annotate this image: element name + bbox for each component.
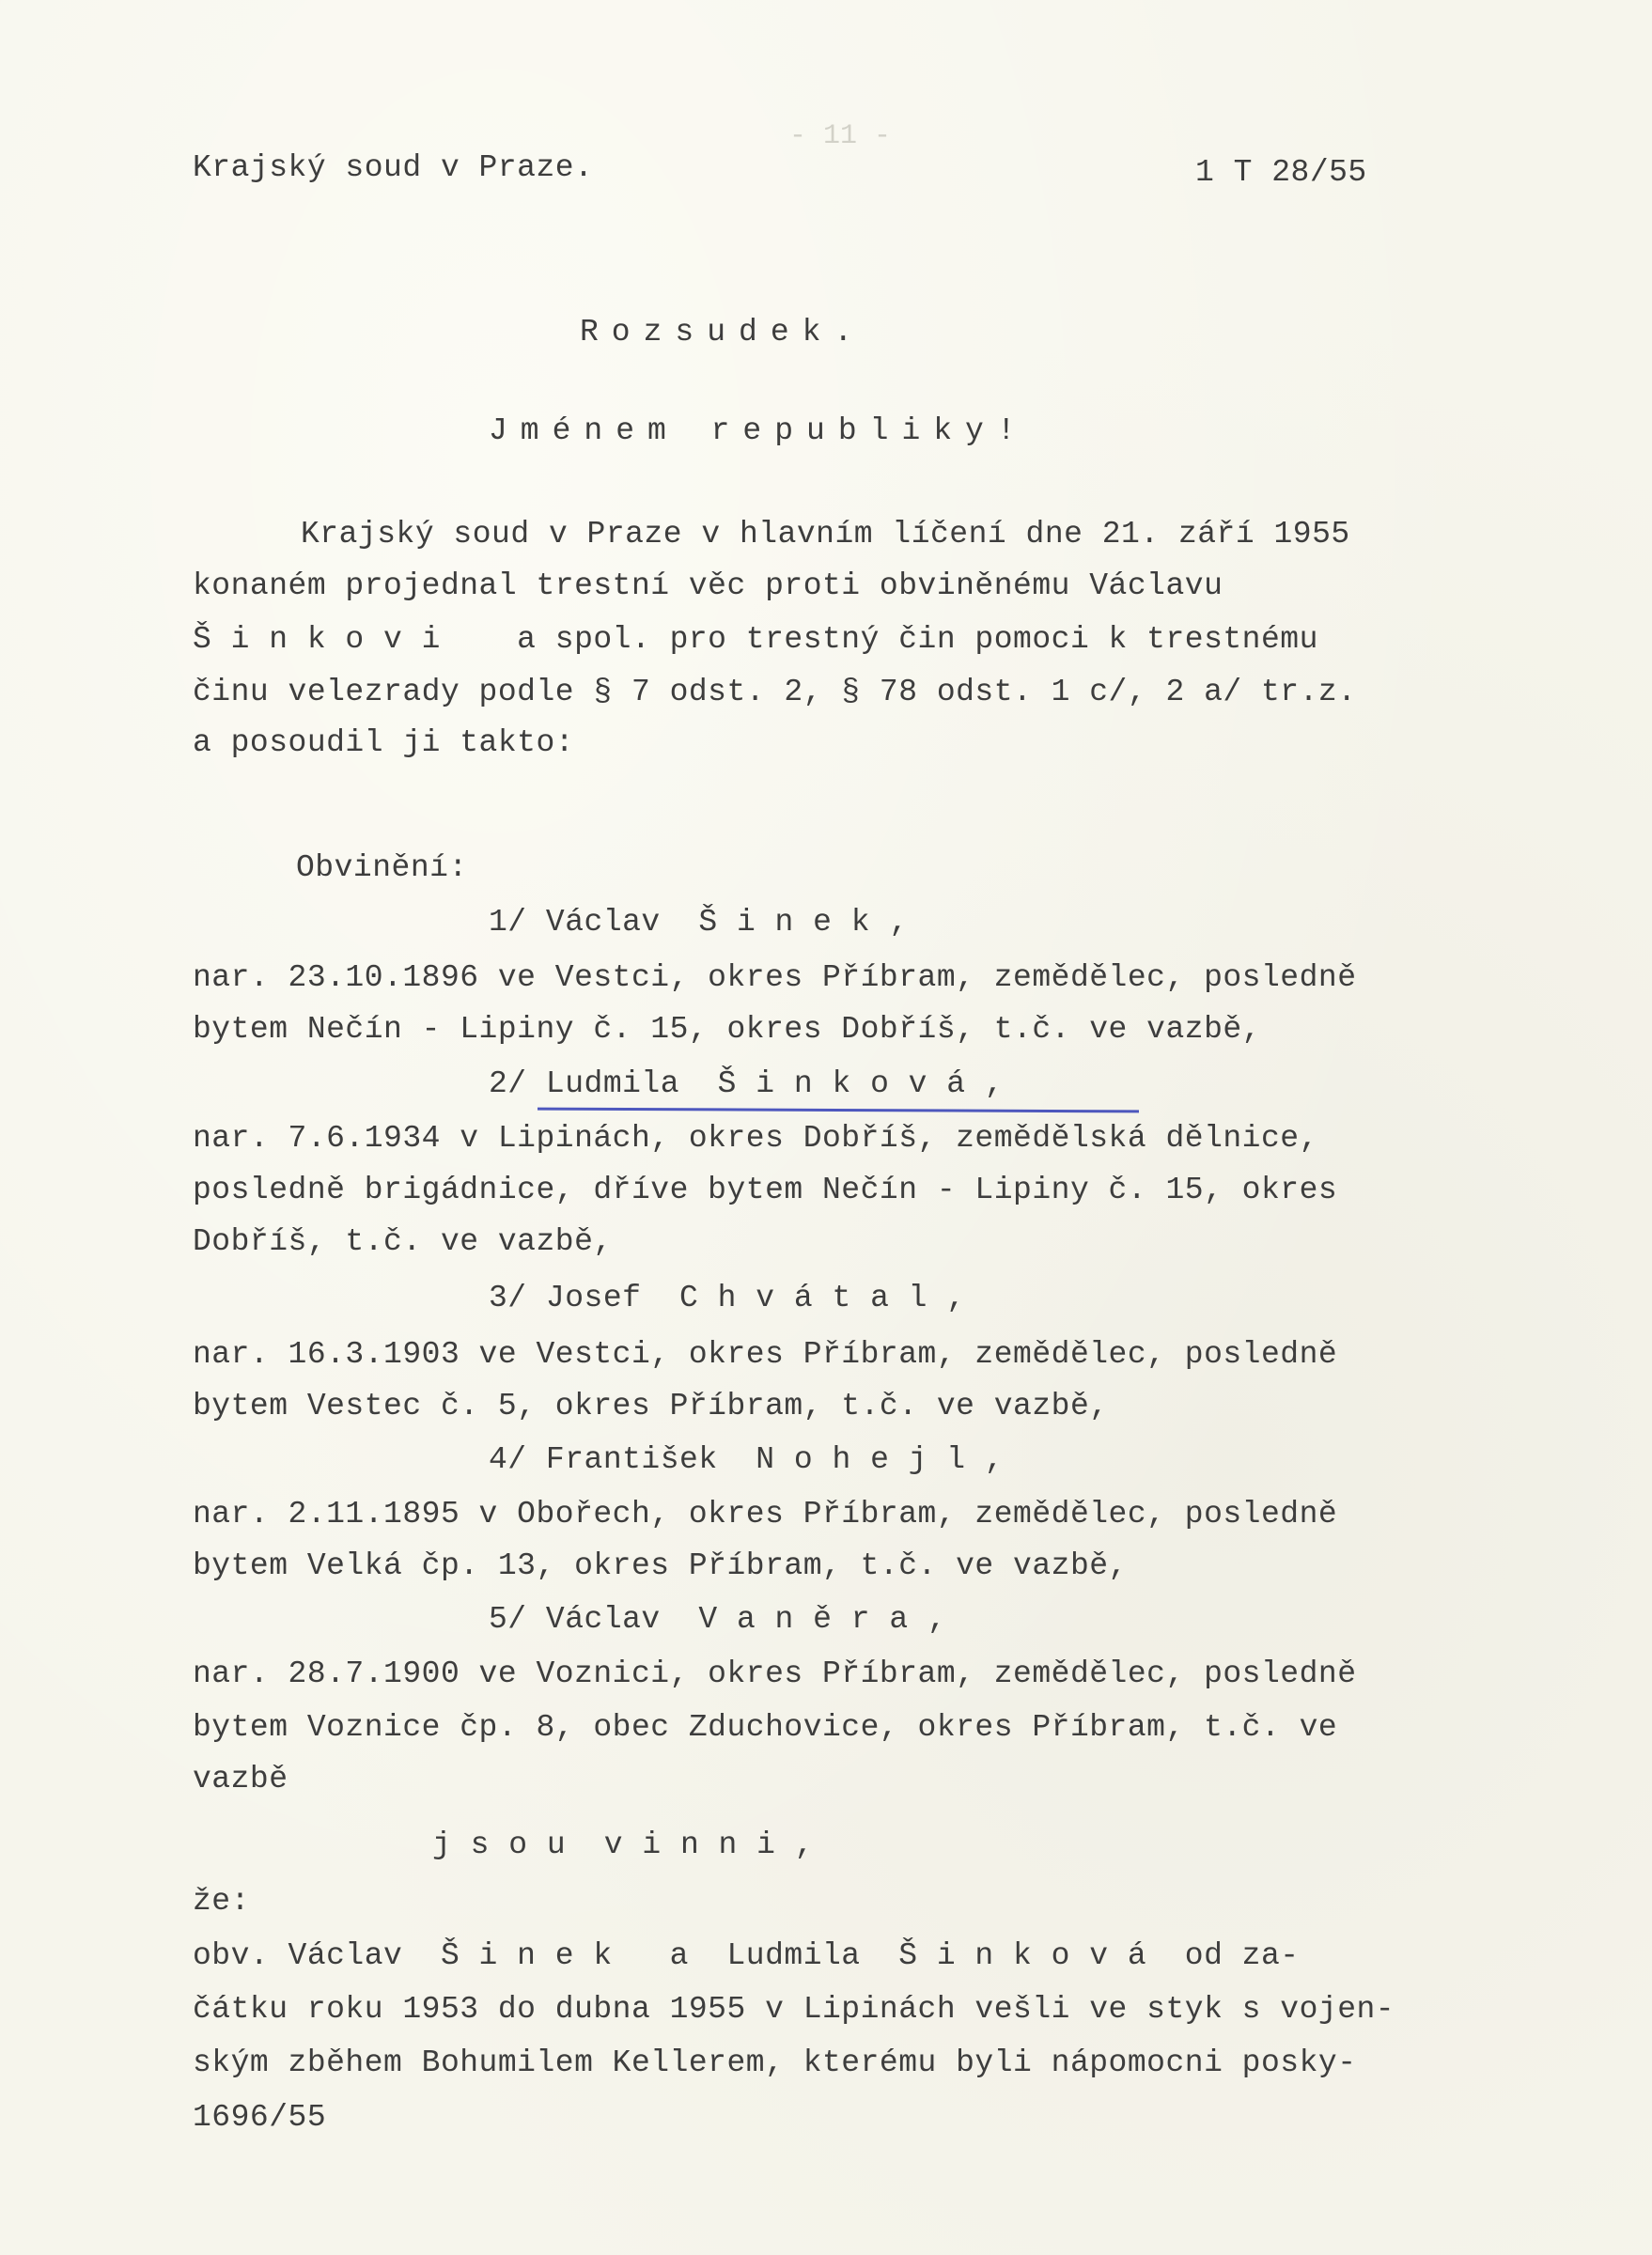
court-name: Krajský soud v Praze. [193, 150, 593, 185]
document-title: Rozsudek. [580, 315, 865, 350]
accused-1-detail-1: nar. 23.10.1896 ve Vestci, okres Příbram… [193, 960, 1357, 995]
footer-reference-number: 1696/55 [193, 2100, 326, 2135]
accused-4-detail-1: nar. 2.11.1895 v Obořech, okres Příbram,… [193, 1497, 1337, 1532]
accused-3-name: 3/ Josef C h v á t a l , [489, 1281, 966, 1315]
intro-line-5: a posoudil ji takto: [193, 725, 574, 760]
accused-5-detail-3: vazbě [193, 1762, 288, 1796]
accused-5-name: 5/ Václav V a n ě r a , [489, 1602, 946, 1637]
intro-line-4: činu velezrady podle § 7 odst. 2, § 78 o… [193, 675, 1357, 709]
intro-line-1: Krajský soud v Praze v hlavním líčení dn… [301, 517, 1350, 552]
accused-1-name: 1/ Václav Š i n e k , [489, 905, 909, 940]
document-subtitle: Jménem republiky! [489, 413, 1029, 448]
accused-5-detail-2: bytem Voznice čp. 8, obec Zduchovice, ok… [193, 1710, 1337, 1745]
verdict-line-3: ským zběhem Bohumilem Kellerem, kterému … [193, 2045, 1357, 2080]
accused-2-detail-3: Dobříš, t.č. ve vazbě, [193, 1224, 613, 1259]
accused-5-detail-1: nar. 28.7.1900 ve Voznici, okres Příbram… [193, 1656, 1357, 1691]
accused-4-name: 4/ František N o h e j l , [489, 1442, 1004, 1477]
accused-2-detail-2: posledně brigádnice, dříve bytem Nečín -… [193, 1173, 1337, 1207]
accused-3-detail-2: bytem Vestec č. 5, okres Příbram, t.č. v… [193, 1389, 1109, 1423]
accused-4-detail-2: bytem Velká čp. 13, okres Příbram, t.č. … [193, 1548, 1128, 1583]
intro-line-3: Š i n k o v i a spol. pro trestný čin po… [193, 622, 1318, 657]
verdict-heading: j s o u v i n n i , [432, 1827, 814, 1862]
accused-heading: Obvinění: [296, 850, 468, 885]
accused-2-name: 2/ Ludmila Š i n k o v á , [489, 1066, 1004, 1101]
case-number: 1 T 28/55 [1195, 155, 1367, 190]
intro-line-2: konaném projednal trestní věc proti obvi… [193, 568, 1223, 603]
verdict-line-1: obv. Václav Š i n e k a Ludmila Š i n k … [193, 1938, 1300, 1973]
verdict-intro: že: [193, 1884, 250, 1919]
accused-1-detail-2: bytem Nečín - Lipiny č. 15, okres Dobříš… [193, 1012, 1261, 1047]
bleed-through-page-number: - 11 - [789, 120, 891, 152]
accused-3-detail-1: nar. 16.3.1903 ve Vestci, okres Příbram,… [193, 1337, 1337, 1372]
accused-2-detail-1: nar. 7.6.1934 v Lipinách, okres Dobříš, … [193, 1121, 1318, 1156]
verdict-line-2: čátku roku 1953 do dubna 1955 v Lipinách… [193, 1992, 1395, 2027]
